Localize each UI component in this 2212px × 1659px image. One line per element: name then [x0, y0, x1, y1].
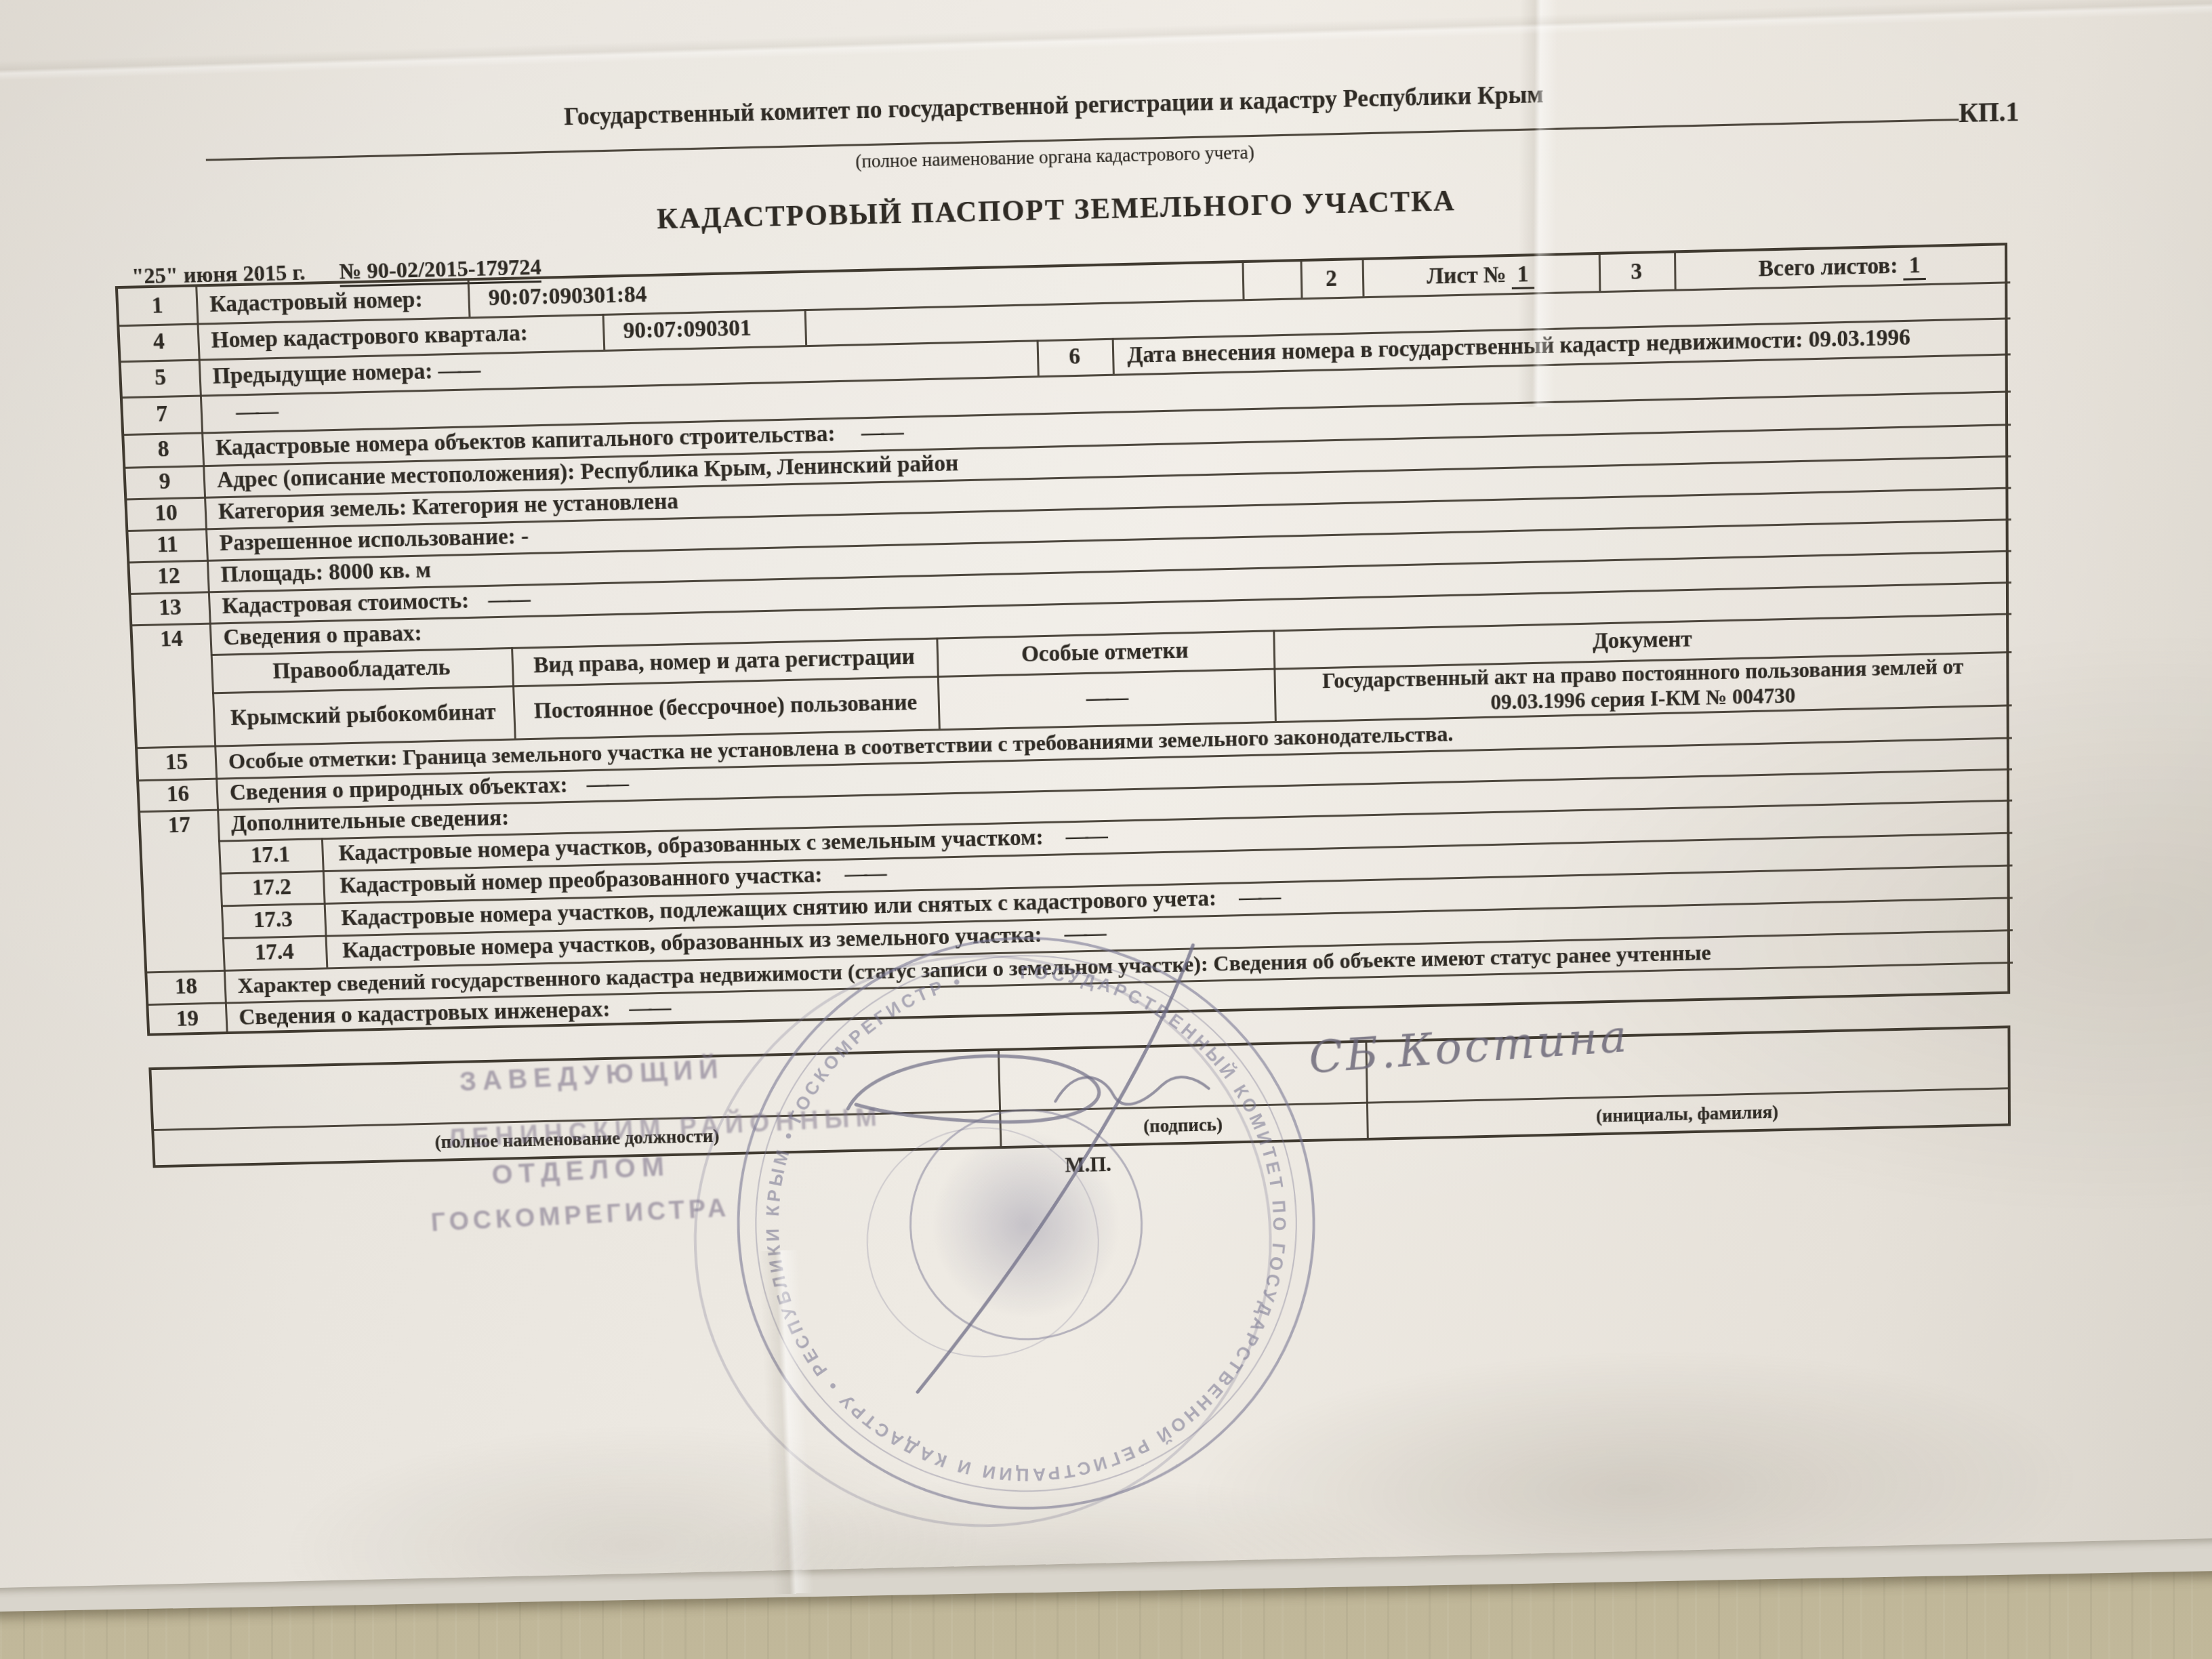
org-name: Государственный комитет по государственн…: [173, 72, 1934, 140]
row-1-value: 90:07:090301:84: [488, 276, 647, 316]
document-paper: Государственный комитет по государственн…: [0, 0, 2212, 1589]
rights-type: Постоянное (бессрочное) пользование: [512, 676, 939, 739]
row-18-num: 18: [147, 970, 225, 1004]
row-7-value: ——: [235, 393, 276, 431]
row-7-num: 7: [123, 395, 201, 434]
seal-emblem-smudge: [930, 1130, 1122, 1320]
row-3-num: 3: [1599, 253, 1675, 291]
sheet-number: 1: [1512, 262, 1534, 289]
row-1-label: Кадастровый номер:: [209, 282, 423, 323]
row-3-cell: Всего листов: 1: [1674, 245, 2010, 289]
row-11-num: 11: [128, 528, 207, 561]
row-14-label: Сведения о правах:: [223, 618, 423, 654]
row-17-3-num: 17.3: [221, 903, 325, 937]
row-4-value: 90:07:090301: [623, 310, 752, 349]
row-12-label: Площадь: 8000 кв. м: [220, 554, 432, 591]
total-sheets: 1: [1904, 253, 1926, 281]
row-1-num: 1: [118, 287, 197, 325]
page-title: КАДАСТРОВЫЙ ПАСПОРТ ЗЕМЕЛЬНОГО УЧАСТКА: [314, 177, 1798, 244]
row-2-cell: Лист № 1: [1362, 255, 1599, 296]
row-17-num: 17: [140, 809, 218, 842]
row-16-num: 16: [139, 778, 217, 811]
rights-holder: Крымский рыбокомбинат: [212, 685, 514, 745]
row-5-num: 5: [121, 359, 200, 397]
row-12-num: 12: [129, 560, 207, 593]
row-5-label: Предыдущие номера: ——: [212, 352, 478, 394]
row-4-label: Номер кадастрового квартала:: [211, 315, 529, 359]
row-13-num: 13: [131, 591, 209, 624]
official-seal: ГОСУДАРСТВЕННЫЙ КОМИТЕТ ПО ГОСУДАРСТВЕНН…: [679, 865, 1835, 1557]
row-19-num: 19: [148, 1002, 226, 1036]
row-9-num: 9: [125, 465, 204, 498]
org-caption: (полное наименование органа кадастрового…: [176, 126, 1935, 188]
photo-of-document: Государственный комитет по государственн…: [0, 0, 2212, 1659]
row-15-num: 15: [138, 745, 216, 780]
crease-horizontal: [0, 0, 2212, 81]
row-17-1-num: 17.1: [218, 838, 323, 872]
form-code: КП.1: [1959, 96, 2019, 129]
row-8-num: 8: [124, 432, 203, 466]
row-6-num: 6: [1036, 338, 1112, 376]
rights-notes: ——: [937, 668, 1275, 729]
row-4-num: 4: [119, 323, 198, 361]
row-17-4-num: 17.4: [222, 935, 326, 970]
row-17-2-num: 17.2: [220, 870, 324, 905]
row-2-num: 2: [1300, 260, 1362, 298]
row-14-num: 14: [132, 623, 210, 656]
row-10-num: 10: [127, 497, 205, 530]
rights-header-holder: Правообладатель: [211, 647, 512, 692]
position-stamp-line-4: ГОСКОМРЕГИСТРА: [430, 1194, 731, 1237]
